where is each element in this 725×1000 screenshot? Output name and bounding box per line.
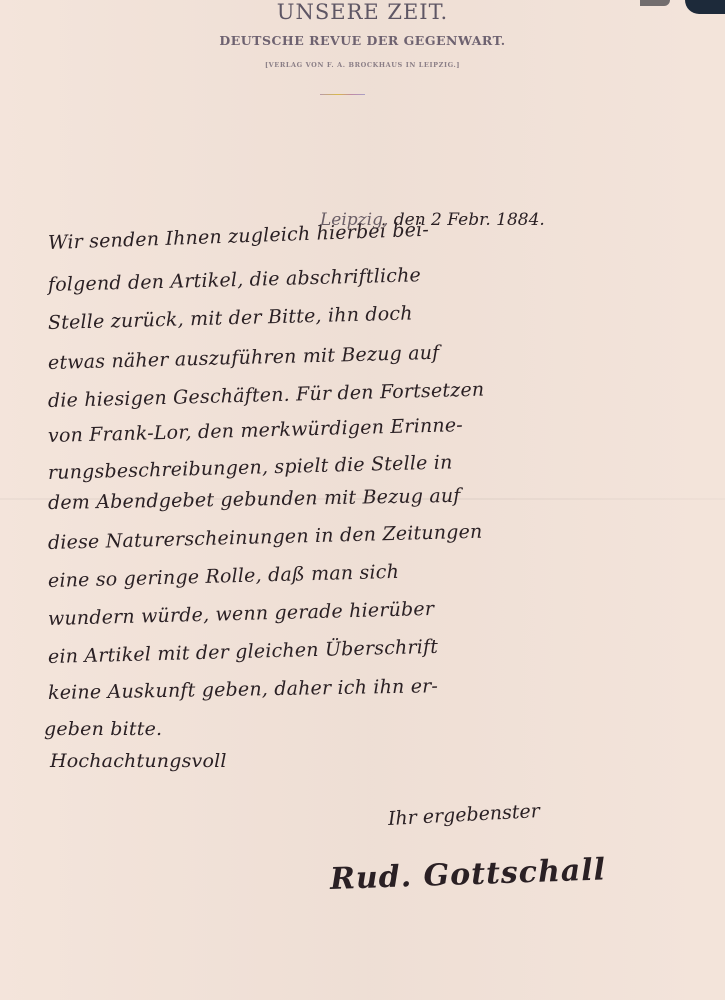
signature: Rud. Gottschall bbox=[329, 852, 606, 897]
body-line: rungsbeschreibungen, spielt die Stelle i… bbox=[48, 451, 453, 484]
letterhead-title: UNSERE ZEIT. bbox=[0, 0, 725, 24]
salutation-closing: Hochachtungsvoll bbox=[50, 750, 227, 772]
body-line: dem Abendgebet gebunden mit Bezug auf bbox=[48, 485, 461, 514]
body-line: etwas näher auszuführen mit Bezug auf bbox=[48, 342, 440, 374]
letterhead-publisher: [VERLAG VON F. A. BROCKHAUS IN LEIPZIG.] bbox=[0, 61, 725, 69]
body-line: diese Naturerscheinungen in den Zeitunge… bbox=[48, 521, 483, 554]
body-line: die hiesigen Geschäften. Für den Fortset… bbox=[48, 379, 485, 412]
letter-paper: UNSERE ZEIT. DEUTSCHE REVUE DER GEGENWAR… bbox=[0, 0, 725, 1000]
letterhead-rule bbox=[320, 94, 365, 95]
body-line: geben bitte. bbox=[44, 718, 162, 740]
body-line: keine Auskunft geben, daher ich ihn er- bbox=[48, 675, 438, 704]
body-line: Wir senden Ihnen zugleich hierbei bei- bbox=[48, 219, 430, 254]
letterhead-subtitle: DEUTSCHE REVUE DER GEGENWART. bbox=[0, 33, 725, 48]
body-line: ein Artikel mit der gleichen Überschrift bbox=[48, 636, 439, 668]
body-line: wundern würde, wenn gerade hierüber bbox=[48, 598, 435, 630]
body-line: Stelle zurück, mit der Bitte, ihn doch bbox=[48, 302, 413, 334]
body-line: von Frank-Lor, den merkwürdigen Erinne- bbox=[48, 414, 463, 447]
closing-phrase: Ihr ergebenster bbox=[387, 800, 540, 830]
body-line: folgend den Artikel, die abschriftliche bbox=[48, 264, 422, 296]
body-line: eine so geringe Rolle, daß man sich bbox=[48, 561, 400, 592]
